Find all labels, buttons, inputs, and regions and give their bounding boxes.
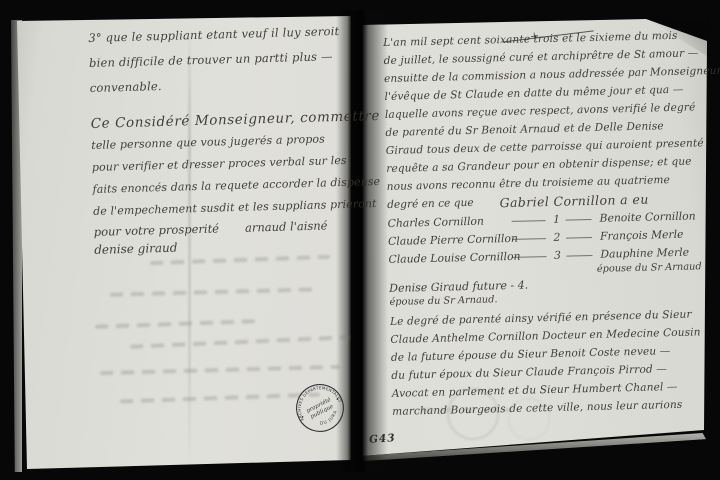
tree-connector bbox=[512, 256, 546, 258]
tree-connector bbox=[512, 220, 546, 222]
tree-intro: degré en ce que bbox=[387, 194, 474, 215]
tree-connector bbox=[512, 238, 546, 240]
tree-name-left: Claude Louise Cornillon bbox=[388, 248, 512, 269]
shelf-mark: G43 bbox=[369, 432, 396, 446]
tree-degree-number: 3 bbox=[552, 247, 562, 265]
tree-degree-number: 2 bbox=[552, 229, 562, 247]
tree-name-right: Dauphine Merle bbox=[600, 244, 689, 264]
tree-degree-number: 1 bbox=[551, 211, 561, 229]
tree-connector bbox=[566, 237, 592, 239]
right-page-text: L'an mil sept cent soixante trois et le … bbox=[383, 26, 706, 421]
tree-name-right: François Merle bbox=[600, 226, 684, 246]
tree-connector bbox=[566, 219, 592, 221]
tree-connector bbox=[566, 255, 592, 257]
tree-name-right: Benoite Cornillon bbox=[599, 207, 696, 227]
petition-closing: pour votre prosperité bbox=[94, 221, 220, 238]
left-page-text: 3° que le suppliant etant veuf il luy se… bbox=[88, 19, 358, 257]
signature-arnaud: arnaud l'aisné bbox=[245, 218, 328, 234]
